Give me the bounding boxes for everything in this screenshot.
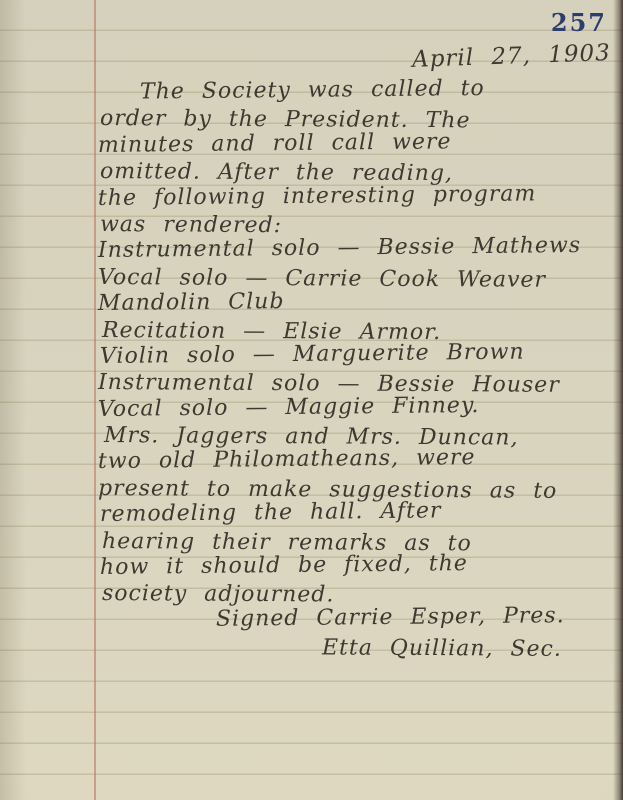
date-line: April 27, 1903 [412,40,612,73]
handwritten-line: Instrumental solo — Bessie Mathews [98,233,615,265]
notebook-page: 257 April 27, 1903 The Society was calle… [0,0,623,800]
handwritten-line: remodeling the hall. After [98,497,615,529]
handwritten-line: minutes and roll call were [98,127,615,159]
red-margin-rule [94,0,96,800]
handwritten-line: The Society was called to [98,75,615,107]
page-number: 257 [551,8,607,37]
handwritten-line: Signed Carrie Esper, Pres. [98,602,615,634]
handwritten-line: two old Philomatheans, were [98,444,615,476]
handwritten-line: Etta Quillian, Sec. [98,634,615,664]
handwritten-line: Vocal solo — Maggie Finney. [98,391,615,423]
handwritten-line: how it should be fixed, the [98,550,615,582]
handwritten-line: the following interesting program [98,180,615,212]
handwritten-line: Mandolin Club [98,286,615,318]
handwriting-block: The Society was called toorder by the Pr… [98,80,615,661]
handwritten-line: Violin solo — Marguerite Brown [98,338,615,370]
